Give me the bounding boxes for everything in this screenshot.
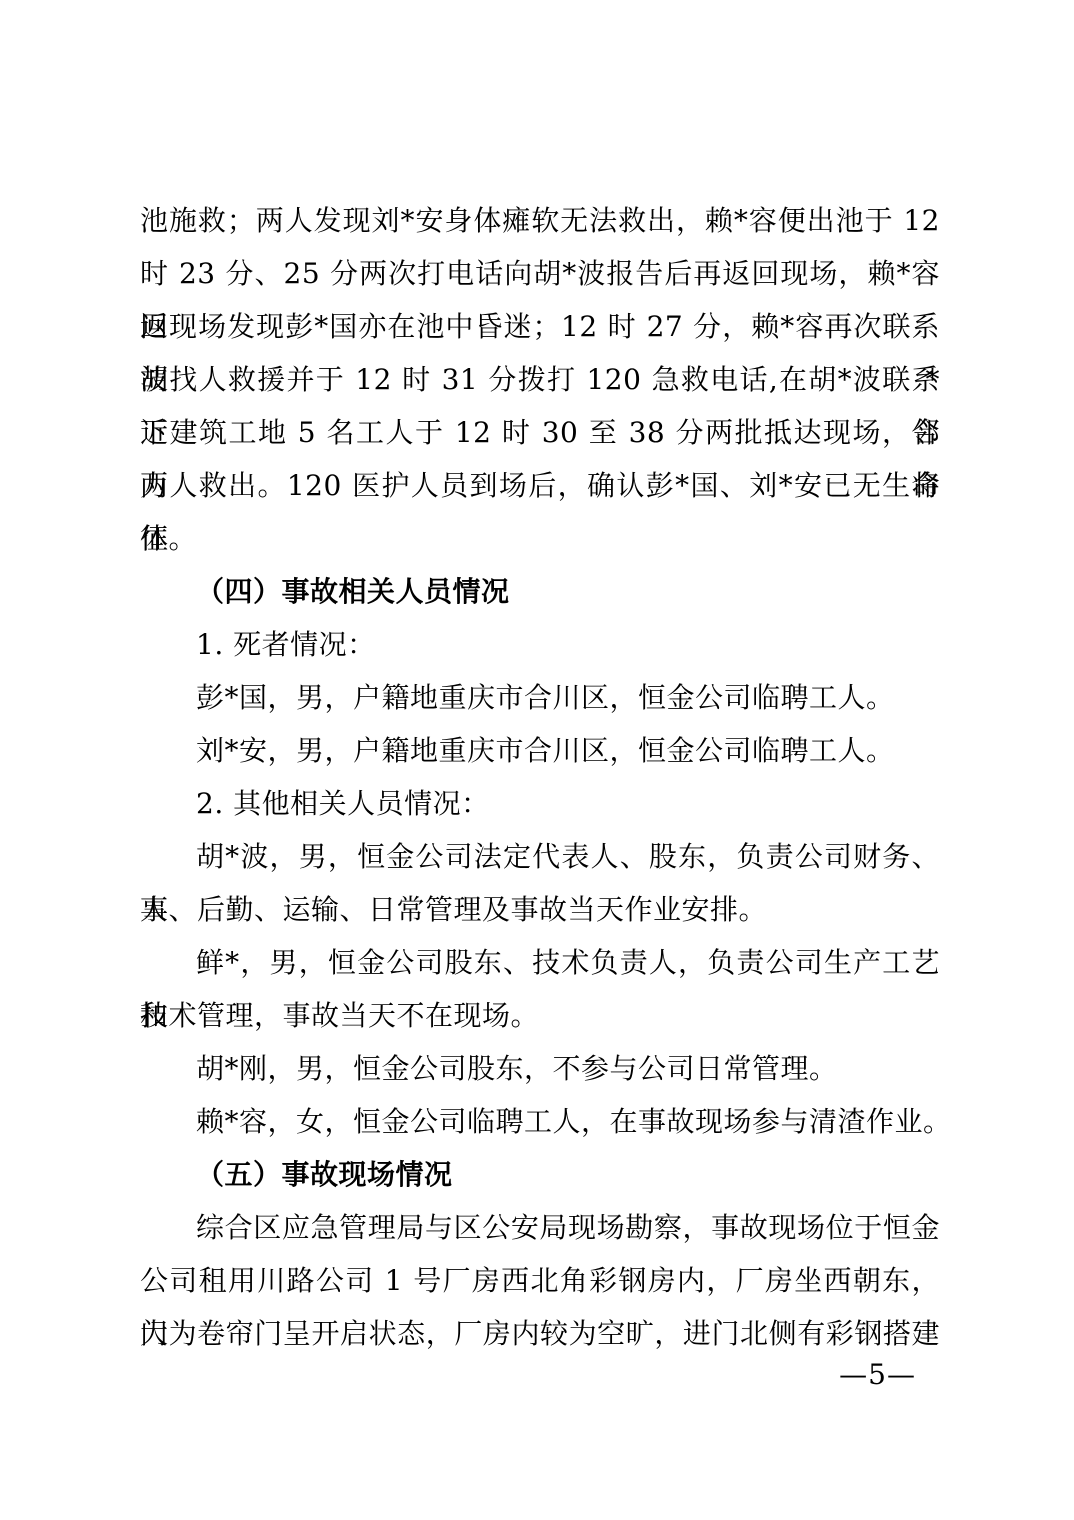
list-label-1: 1. 死者情况： [140, 618, 940, 671]
text-line: 波找人救援并于 12 时 31 分拨打 120 急救电话,在胡*波联系下邻 [140, 353, 940, 406]
text-line: 技术管理，事故当天不在现场。 [140, 989, 940, 1042]
text-line: 鲜*，男，恒金公司股东、技术负责人，负责公司生产工艺和 [140, 936, 940, 989]
text-line: 公司租用川路公司 1 号厂房西北角彩钢房内，厂房坐西朝东，大 [140, 1254, 940, 1307]
section-heading-5: （五）事故现场情况 [140, 1148, 940, 1201]
text-line: 刘*安，男，户籍地重庆市合川区，恒金公司临聘工人。 [140, 724, 940, 777]
text-line: 胡*波，男，恒金公司法定代表人、股东，负责公司财务、人 [140, 830, 940, 883]
text-line: 门为卷帘门呈开启状态，厂房内较为空旷，进门北侧有彩钢搭建 [140, 1307, 940, 1360]
section-heading-4: （四）事故相关人员情况 [140, 565, 940, 618]
page-number: —5— [839, 1348, 916, 1401]
text-line: 征。 [140, 512, 940, 565]
text-line: 池施救；两人发现刘*安身体瘫软无法救出，赖*容便出池于 12 [140, 194, 940, 247]
text-line: 两人救出。120 医护人员到场后，确认彭*国、刘*安已无生命体 [140, 459, 940, 512]
document-page: 池施救；两人发现刘*安身体瘫软无法救出，赖*容便出池于 12 时 23 分、25… [0, 0, 1074, 1520]
text-line: 近建筑工地 5 名工人于 12 时 30 至 38 分两批抵达现场，合力将 [140, 406, 940, 459]
text-line: 赖*容，女，恒金公司临聘工人，在事故现场参与清渣作业。 [140, 1095, 940, 1148]
list-label-2: 2. 其他相关人员情况： [140, 777, 940, 830]
text-line: 回现场发现彭*国亦在池中昏迷；12 时 27 分，赖*容再次联系胡* [140, 300, 940, 353]
text-line: 时 23 分、25 分两次打电话向胡*波报告后再返回现场，赖*容返 [140, 247, 940, 300]
text-line: 胡*刚，男，恒金公司股东，不参与公司日常管理。 [140, 1042, 940, 1095]
document-body: 池施救；两人发现刘*安身体瘫软无法救出，赖*容便出池于 12 时 23 分、25… [140, 194, 940, 1360]
text-line: 事、后勤、运输、日常管理及事故当天作业安排。 [140, 883, 940, 936]
text-line: 综合区应急管理局与区公安局现场勘察，事故现场位于恒金 [140, 1201, 940, 1254]
text-line: 彭*国，男，户籍地重庆市合川区，恒金公司临聘工人。 [140, 671, 940, 724]
